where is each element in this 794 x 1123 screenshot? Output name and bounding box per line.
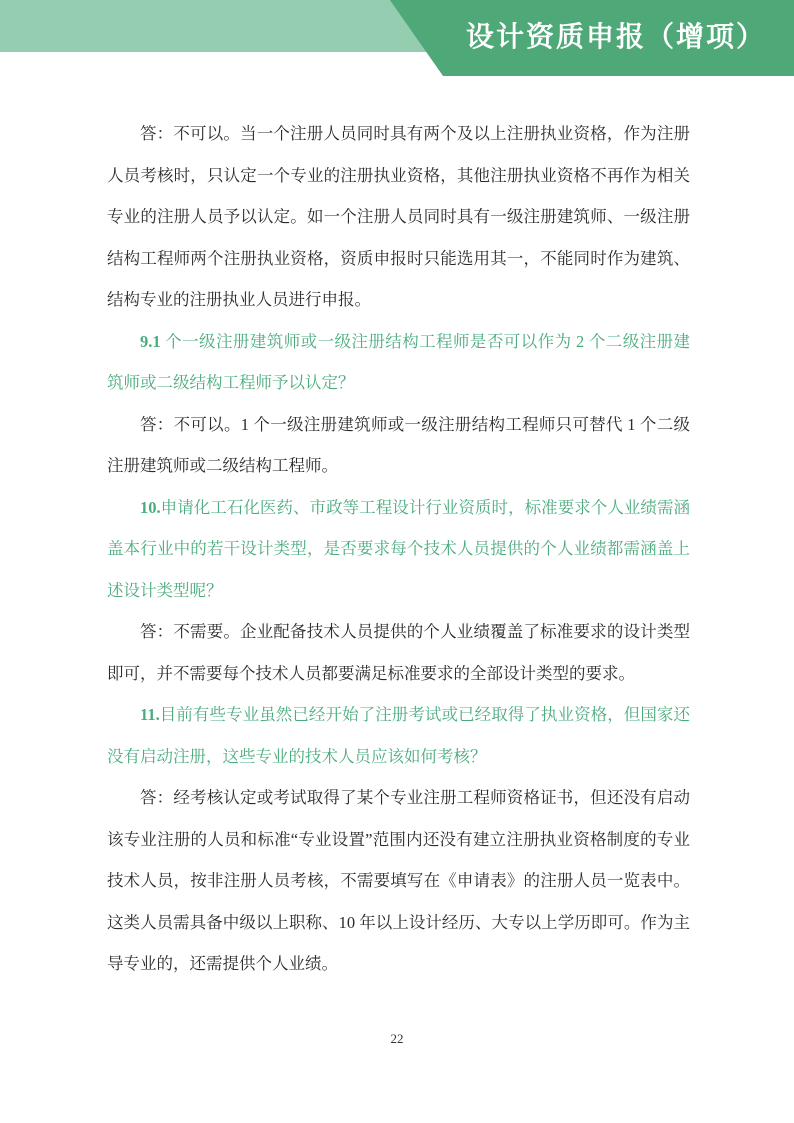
header-accent-bar: [0, 0, 426, 52]
answer-paragraph: 答：不需要。企业配备技术人员提供的个人业绩覆盖了标准要求的设计类型即可，并不需要…: [107, 611, 690, 694]
answer-paragraph: 答：经考核认定或考试取得了某个专业注册工程师资格证书，但还没有启动该专业注册的人…: [107, 777, 690, 985]
page-number: 22: [0, 1031, 794, 1047]
question-number: 10.: [140, 498, 161, 517]
answer-paragraph: 答：不可以。1 个一级注册建筑师或一级注册结构工程师只可替代 1 个二级注册建筑…: [107, 404, 690, 487]
question-text: 申请化工石化医药、市政等工程设计行业资质时，标准要求个人业绩需涵盖本行业中的若干…: [107, 498, 690, 600]
question-number: 11.: [140, 705, 160, 724]
question-paragraph: 10.申请化工石化医药、市政等工程设计行业资质时，标准要求个人业绩需涵盖本行业中…: [107, 487, 690, 612]
page-header: 设计资质申报（增项）: [0, 0, 794, 80]
document-page: 设计资质申报（增项） 答：不可以。当一个注册人员同时具有两个及以上注册执业资格，…: [0, 0, 794, 1123]
question-text: 目前有些专业虽然已经开始了注册考试或已经取得了执业资格，但国家还没有启动注册，这…: [107, 705, 690, 766]
question-paragraph: 9.1 个一级注册建筑师或一级注册结构工程师是否可以作为 2 个二级注册建筑师或…: [107, 321, 690, 404]
question-number: 9.1: [140, 332, 161, 351]
question-paragraph: 11.目前有些专业虽然已经开始了注册考试或已经取得了执业资格，但国家还没有启动注…: [107, 694, 690, 777]
answer-paragraph: 答：不可以。当一个注册人员同时具有两个及以上注册执业资格，作为注册人员考核时，只…: [107, 113, 690, 321]
question-text: 个一级注册建筑师或一级注册结构工程师是否可以作为 2 个二级注册建筑师或二级结构…: [107, 332, 690, 393]
document-body: 答：不可以。当一个注册人员同时具有两个及以上注册执业资格，作为注册人员考核时，只…: [107, 113, 690, 985]
page-title: 设计资质申报（增项）: [466, 15, 766, 55]
